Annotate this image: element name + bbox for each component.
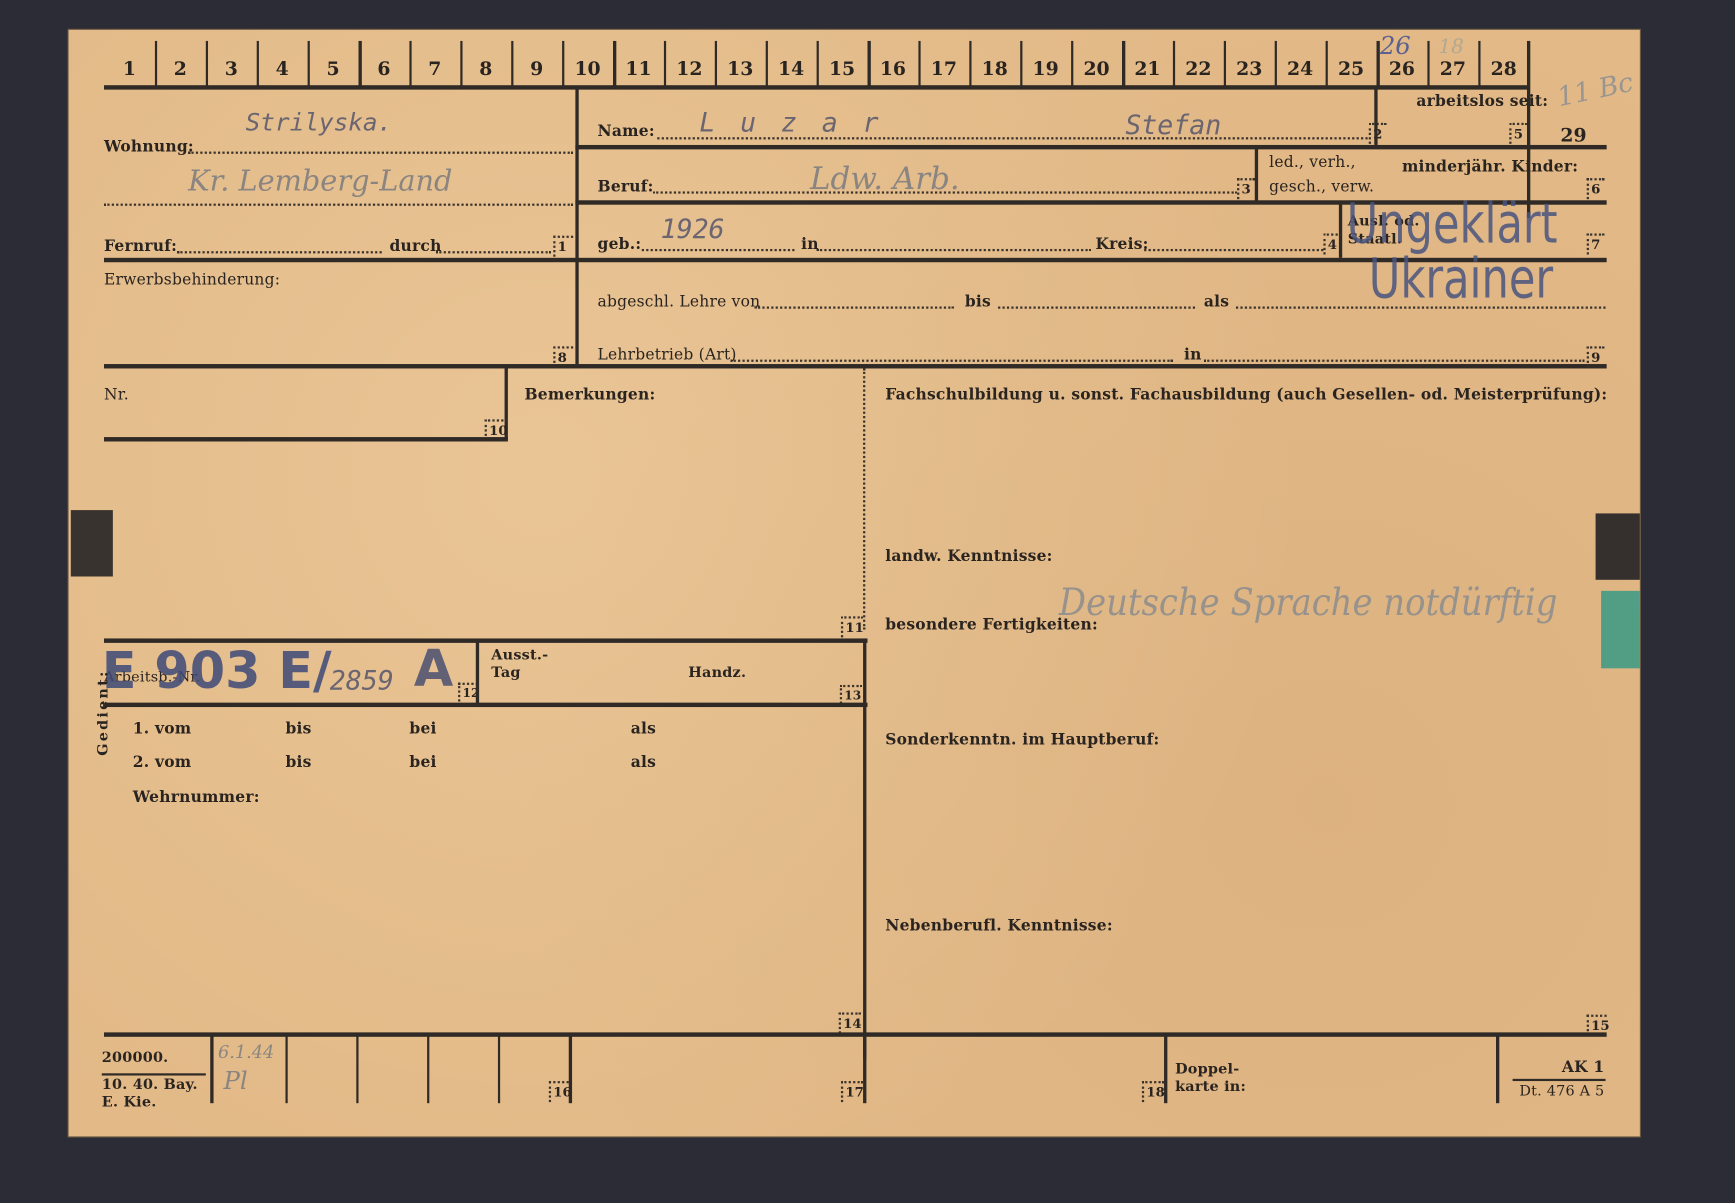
footer-rule (104, 1032, 1607, 1036)
handwritten-26: 26 (1380, 33, 1411, 61)
kreis-line (1144, 249, 1323, 251)
column-divider (1326, 41, 1328, 87)
landw-label: landw. Kenntnisse: (885, 548, 1052, 566)
column-divider (1275, 41, 1277, 87)
box-17: 17 (841, 1081, 863, 1102)
rule (102, 1073, 206, 1075)
lehrbetrieb-in-line (1204, 360, 1585, 362)
divider (498, 1035, 500, 1104)
column-divider (257, 41, 259, 87)
column-number: 13 (715, 59, 766, 81)
column-divider (1071, 41, 1073, 87)
punch-mark-left (71, 510, 113, 576)
arbeitsbuch-stamp-letter: A (414, 643, 453, 694)
gedient-bei: bei (409, 754, 436, 772)
box-16: 16 (549, 1081, 569, 1102)
divider (863, 638, 866, 1058)
gedient-vom: 1. vom (133, 720, 192, 738)
punch-mark-right (1596, 513, 1640, 579)
column-divider (817, 41, 819, 87)
firstname: Stefan (1125, 110, 1221, 141)
nr-label: Nr. (104, 386, 129, 404)
gedient-vom: 2. vom (133, 754, 192, 772)
column-number: 7 (409, 59, 460, 81)
wohnung-label: Wohnung: (104, 138, 194, 156)
box-6: 6 (1587, 178, 1605, 199)
gedient-als: als (631, 720, 656, 738)
column-number: 15 (817, 59, 868, 81)
column-divider (1224, 41, 1226, 87)
column-number: 18 (969, 59, 1020, 81)
geb-label: geb.: (598, 236, 642, 254)
column-number: 5 (308, 59, 359, 81)
column-number: 3 (206, 59, 257, 81)
box-3: 3 (1237, 178, 1255, 199)
column-number: 25 (1326, 59, 1377, 81)
column-divider (460, 41, 462, 87)
sonder-label: Sonderkenntn. im Hauptberuf: (885, 731, 1159, 749)
divider (1255, 147, 1258, 202)
column-divider (1020, 41, 1022, 87)
lehre-bis: bis (965, 293, 991, 311)
column-divider (1173, 41, 1175, 87)
column-divider (969, 41, 971, 87)
column-divider (868, 41, 871, 87)
arbeitsbuch-stamp: E 903 E/ (102, 645, 332, 696)
ausst-handz: Handz. (688, 665, 746, 682)
print-run: 200000. (102, 1050, 169, 1067)
divider (575, 87, 578, 364)
divider (1496, 1035, 1499, 1104)
column-divider (562, 41, 564, 87)
divider (356, 1035, 358, 1104)
fachschul-label: Fachschulbildung u. sonst. Fachausbildun… (885, 386, 1607, 404)
box-5: 5 (1509, 123, 1527, 144)
surname: L u z a r (699, 107, 883, 138)
bemerkungen-label: Bemerkungen: (524, 386, 655, 404)
box-7: 7 (1587, 233, 1605, 254)
stamp-ungeklaert: Ungeklärt (1347, 196, 1558, 251)
nebenberuf-label: Nebenberufl. Kenntnisse: (885, 917, 1113, 935)
column-divider (206, 41, 208, 87)
divider (210, 1035, 213, 1104)
column-divider (1427, 41, 1429, 87)
column-number: 8 (460, 59, 511, 81)
geb-value: 1926 (661, 214, 725, 245)
column-number: 21 (1122, 59, 1173, 81)
lehre-als: als (1204, 293, 1229, 311)
column-number: 20 (1071, 59, 1122, 81)
column-divider (766, 41, 768, 87)
lehre-von-line (755, 307, 954, 309)
gedient-bis: bis (285, 720, 311, 738)
column-number: 23 (1224, 59, 1275, 81)
box-11: 11 (841, 616, 863, 637)
column-number: 16 (868, 59, 919, 81)
arbeitslos-label: arbeitslos seit: (1416, 93, 1548, 111)
column-divider (613, 41, 616, 87)
registration-card: 26 18 11 Bc 29 Strilyska. Wohnung: Kr. L… (69, 30, 1640, 1137)
fernruf-durch: durch (389, 238, 441, 256)
print-info-2: E. Kie. (102, 1094, 157, 1111)
column-divider (511, 41, 513, 87)
column-divider (1376, 41, 1379, 87)
wehrnummer-label: Wehrnummer: (133, 789, 260, 807)
box-18: 18 (1142, 1081, 1164, 1102)
rule (104, 703, 867, 707)
beruf-value: Ldw. Arb. (810, 160, 960, 197)
divider (476, 641, 479, 705)
geb-line (642, 249, 795, 251)
divider (1339, 202, 1342, 257)
column-number: 4 (257, 59, 308, 81)
divider (1374, 87, 1377, 145)
column-number: 1 (104, 59, 155, 81)
print-info-1: 10. 40. Bay. (102, 1077, 198, 1094)
rule (104, 364, 1607, 368)
dotted-divider (863, 368, 865, 629)
beruf-label: Beruf: (598, 178, 654, 196)
fernruf-label: Fernruf: (104, 238, 177, 256)
column-number: 2 (155, 59, 206, 81)
name-label: Name: (598, 123, 655, 141)
column-number: 22 (1173, 59, 1224, 81)
fernruf-line (177, 251, 382, 253)
handwritten-date: 6.1.44 (218, 1041, 274, 1062)
column-number: 11 (613, 59, 664, 81)
handwritten-corner-code: 11 Bc (1554, 67, 1635, 113)
column-number: 12 (664, 59, 715, 81)
lehrbetrieb-label: Lehrbetrieb (Art) (598, 346, 737, 364)
doppelkarte-1: Doppel- (1175, 1061, 1239, 1078)
divider (285, 1035, 287, 1104)
durch-line (436, 251, 551, 253)
column-divider (1478, 41, 1480, 87)
wohnung-line1: Strilyska. (246, 110, 393, 138)
gedient-bei: bei (409, 720, 436, 738)
rule (104, 437, 508, 441)
familienstand-line1: led., verh., (1269, 154, 1356, 172)
column-divider (715, 41, 717, 87)
kreis-label: Kreis: (1095, 236, 1148, 254)
column-number: 9 (511, 59, 562, 81)
column-number: 24 (1275, 59, 1326, 81)
ausst-line2: Tag (491, 665, 520, 682)
column-number: 28 (1478, 59, 1529, 81)
column-number: 10 (562, 59, 613, 81)
column-divider (918, 41, 920, 87)
stamp-ukrainer: Ukrainer (1369, 251, 1553, 306)
lehrbetrieb-in: in (1184, 346, 1202, 364)
gedient-als: als (631, 754, 656, 772)
wohnung-line2: Kr. Lemberg-Land (188, 165, 452, 198)
divider (427, 1035, 429, 1104)
box-14: 14 (839, 1012, 861, 1033)
box-1: 1 (553, 236, 573, 257)
column-number: 17 (918, 59, 969, 81)
column-number: 27 (1427, 59, 1478, 81)
green-tab-mark (1601, 591, 1640, 668)
ausst-line1: Ausst.- (491, 647, 548, 664)
column-number: 6 (359, 59, 410, 81)
column-number: 26 (1376, 59, 1427, 81)
lehrbetrieb-line (730, 360, 1173, 362)
column-divider (1122, 41, 1125, 87)
lehre-bis-line (998, 307, 1195, 309)
geb-in-line (817, 249, 1091, 251)
field-29: 29 (1551, 125, 1595, 147)
column-divider (664, 41, 666, 87)
erwerbsbehinderung-label: Erwerbsbehinderung: (104, 271, 280, 289)
form-ref: Dt. 476 A 5 (1507, 1083, 1604, 1100)
form-code: AK 1 (1507, 1059, 1604, 1077)
gedient-label: Gedient: (95, 670, 112, 756)
column-divider (409, 41, 411, 87)
arbeitsbuch-typed: 2859 (330, 665, 394, 696)
doppelkarte-2: karte in: (1175, 1079, 1246, 1096)
box-13: 13 (840, 685, 862, 704)
column-divider (155, 41, 157, 87)
column-number: 14 (766, 59, 817, 81)
rule (1513, 1079, 1606, 1081)
handwritten-18: 18 (1438, 35, 1463, 58)
wohnung-line (188, 152, 573, 154)
besondere-value: Deutsche Sprache notdürftig (1059, 581, 1557, 625)
kinder-label: minderjähr. Kinder: (1402, 158, 1578, 176)
gedient-bis: bis (285, 754, 311, 772)
handwritten-initials: Pl (224, 1068, 248, 1096)
wohnung-line2-rule (104, 204, 573, 206)
lehre-als-line (1236, 307, 1606, 309)
column-number: 19 (1020, 59, 1071, 81)
rule (575, 145, 1606, 149)
box-9: 9 (1587, 346, 1605, 367)
column-divider (308, 41, 310, 87)
column-divider (359, 41, 362, 87)
lehre-label: abgeschl. Lehre von (598, 293, 761, 311)
